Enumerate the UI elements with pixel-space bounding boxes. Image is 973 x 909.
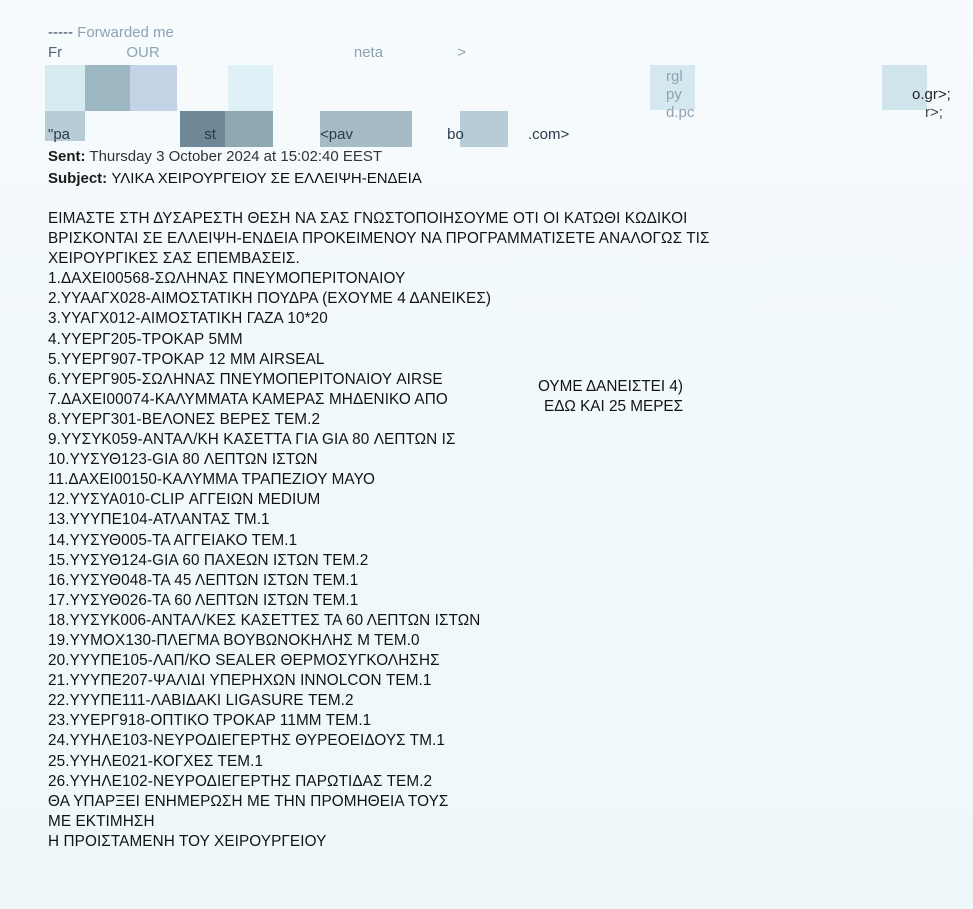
list-item: 26.ΥΥΗΛΕ102-ΝΕΥΡΟΔΙΕΓΕΡΤΗΣ ΠΑΡΩΤΙΔΑΣ ΤΕΜ… xyxy=(48,772,710,792)
list-item: 20.ΥΥΥΠΕ105-ΛΑΠ/ΚΟ SEALER ΘΕΡΜΟΣΥΓΚΟΛΗΣΗ… xyxy=(48,651,710,671)
list-item: 21.ΥΥΥΠΕ207-ΨΑΛΙΔΙ ΥΠΕΡΗΧΩΝ INNOLCON ΤΕΜ… xyxy=(48,671,710,691)
list-item: 16.ΥΥΣΥΘ048-ΤΑ 45 ΛΕΠΤΩΝ ΙΣΤΩΝ ΤΕΜ.1 xyxy=(48,571,710,591)
list-item: 17.ΥΥΣΥΘ026-ΤΑ 60 ΛΕΠΤΩΝ ΙΣΤΩΝ ΤΕΜ.1 xyxy=(48,591,710,611)
closing-line: ΘΑ ΥΠΑΡΞΕΙ ΕΝΗΜΕΡΩΣΗ ΜΕ ΤΗΝ ΠΡΟΜΗΘΕΙΑ ΤΟ… xyxy=(48,792,710,812)
intro-line: ΧΕΙΡΟΥΡΓΙΚΕΣ ΣΑΣ ΕΠΕΜΒΑΣΕΙΣ. xyxy=(48,249,710,269)
list-item: 23.ΥΥΕΡΓ918-ΟΠΤΙΚΟ ΤΡΟΚΑΡ 11ΜΜ ΤΕΜ.1 xyxy=(48,711,710,731)
list-item: 24.ΥΥΗΛΕ103-ΝΕΥΡΟΔΙΕΓΕΡΤΗΣ ΘΥΡΕΟΕΙΔΟΥΣ Τ… xyxy=(48,731,710,751)
redaction-block xyxy=(228,65,273,111)
list-item: 3.ΥΥΑΓΧ012-ΑΙΜΟΣΤΑΤΙΚΗ ΓΑΖΑ 10*20 xyxy=(48,309,710,329)
redaction-block xyxy=(45,65,85,111)
list-item: 11.ΔΑΧΕΙ00150-ΚΑΛΥΜΜΑ ΤΡΑΠΕΖΙΟΥ ΜΑΥΟ xyxy=(48,470,710,490)
list-item: 19.ΥΥΜΟΧ130-ΠΛΕΓΜΑ ΒΟΥΒΩΝΟΚΗΛΗΣ Μ ΤΕΜ.0 xyxy=(48,631,710,651)
list-item: 2.ΥΥΑΑΓΧ028-ΑΙΜΟΣΤΑΤΙΚΗ ΠΟΥΔΡΑ (ΕΧΟΥΜΕ 4… xyxy=(48,289,710,309)
to-line-fragment: rgl xyxy=(666,68,683,86)
cc-line: "pa st <pav bo .com> xyxy=(48,126,569,144)
list-item: 12.ΥΥΣΥΑ010-CLIP ΑΓΓΕΙΩΝ MEDIUM xyxy=(48,490,710,510)
closing-line: Η ΠΡΟΙΣΤΑΜΕΝΗ ΤΟΥ ΧΕΙΡΟΥΡΓΕΙΟΥ xyxy=(48,832,710,852)
item7-tail: ΕΔΩ ΚΑΙ 25 ΜΕΡΕΣ xyxy=(544,398,683,416)
list-item: 9.ΥΥΣΥΚ059-ΑΝΤΑΛ/ΚΗ ΚΑΣΕΤΤΑ ΓΙΑ GIA 80 Λ… xyxy=(48,430,710,450)
message-body: ΕΙΜΑΣΤΕ ΣΤΗ ΔΥΣΑΡΕΣΤΗ ΘΕΣΗ ΝΑ ΣΑΣ ΓΝΩΣΤΟ… xyxy=(48,209,710,852)
sent-line: Sent: Thursday 3 October 2024 at 15:02:4… xyxy=(48,148,382,166)
forwarded-line: ----- Forwarded me xyxy=(48,24,174,42)
to-line-fragment: d.pc xyxy=(666,104,694,122)
list-item: 25.ΥΥΗΛΕ021-ΚΟΓΧΕΣ ΤΕΜ.1 xyxy=(48,752,710,772)
list-item: 4.ΥΥΕΡΓ205-ΤΡΟΚΑΡ 5ΜΜ xyxy=(48,330,710,350)
item6-tail: ΟΥΜΕ ΔΑΝΕΙΣΤΕΙ 4) xyxy=(538,378,683,396)
to-line-fragment: o.gr>; xyxy=(912,86,951,104)
redaction-block xyxy=(85,65,130,111)
to-line-fragment: py xyxy=(666,86,682,104)
from-line: Fr OUR neta > xyxy=(48,44,466,62)
redaction-block xyxy=(130,65,177,111)
closing-line: ΜΕ ΕΚΤΙΜΗΣΗ xyxy=(48,812,710,832)
list-item: 22.ΥΥΥΠΕ111-ΛΑΒΙΔΑΚΙ LIGASURE ΤΕΜ.2 xyxy=(48,691,710,711)
list-item: 15.ΥΥΣΥΘ124-GIA 60 ΠΑΧΕΩΝ ΙΣΤΩΝ ΤΕΜ.2 xyxy=(48,551,710,571)
list-item: 18.ΥΥΣΥΚ006-ΑΝΤΑΛ/ΚΕΣ ΚΑΣΕΤΤΕΣ ΤΑ 60 ΛΕΠ… xyxy=(48,611,710,631)
intro-line: ΒΡΙΣΚΟΝΤΑΙ ΣΕ ΕΛΛΕΙΨΗ-ΕΝΔΕΙΑ ΠΡΟΚΕΙΜΕΝΟΥ… xyxy=(48,229,710,249)
to-line-fragment: r>; xyxy=(925,104,943,122)
list-item: 1.ΔΑΧΕΙ00568-ΣΩΛΗΝΑΣ ΠΝΕΥΜΟΠΕΡΙΤΟΝΑΙΟΥ xyxy=(48,269,710,289)
list-item: 13.ΥΥΥΠΕ104-ΑΤΛΑΝΤΑΣ ΤΜ.1 xyxy=(48,510,710,530)
list-item: 10.ΥΥΣΥΘ123-GIA 80 ΛΕΠΤΩΝ ΙΣΤΩΝ xyxy=(48,450,710,470)
intro-line: ΕΙΜΑΣΤΕ ΣΤΗ ΔΥΣΑΡΕΣΤΗ ΘΕΣΗ ΝΑ ΣΑΣ ΓΝΩΣΤΟ… xyxy=(48,209,710,229)
list-item: 14.ΥΥΣΥΘ005-ΤΑ ΑΓΓΕΙΑΚΟ ΤΕΜ.1 xyxy=(48,531,710,551)
list-item: 5.ΥΥΕΡΓ907-ΤΡΟΚΑΡ 12 MM AIRSEAL xyxy=(48,350,710,370)
subject-line: Subject: ΥΛΙΚΑ ΧΕΙΡΟΥΡΓΕΙΟΥ ΣΕ ΕΛΛΕΙΨΗ-Ε… xyxy=(48,170,422,188)
